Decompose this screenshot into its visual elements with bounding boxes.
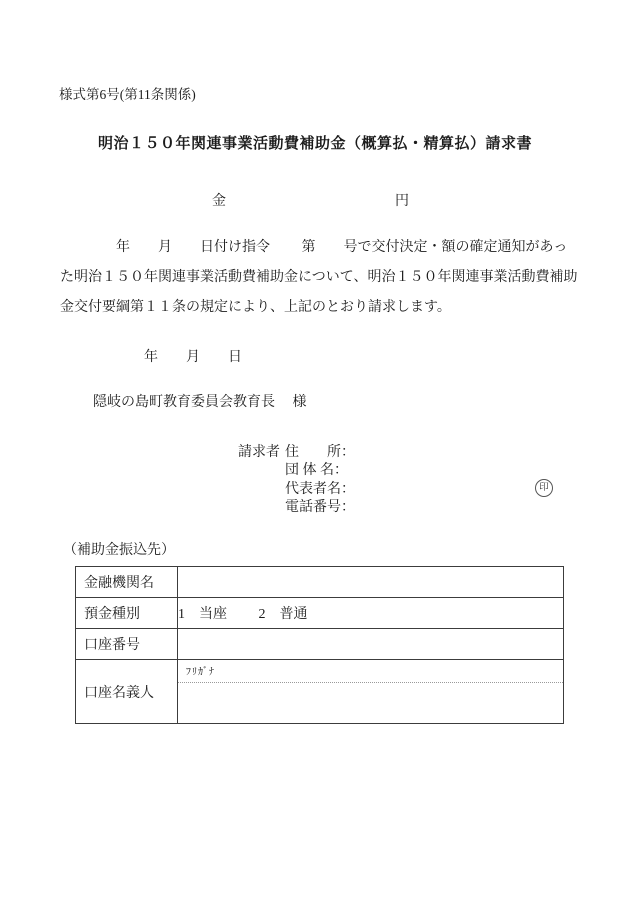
phone-field-label: 電話番号： xyxy=(285,499,355,517)
account-holder-space xyxy=(178,683,563,723)
organization-field-label: 団 体 名： xyxy=(285,462,348,480)
bank-name-label: 金融機関名 xyxy=(76,567,178,598)
addressee-line: 隠岐の島町教育委員会教育長 様 xyxy=(93,391,307,411)
account-type-label: 預金種別 xyxy=(76,598,178,629)
address-field-label: 住 所： xyxy=(285,444,355,462)
document-page: 様式第6号(第11条関係) 明治１５０年関連事業活動費補助金（概算払・精算払）請… xyxy=(0,0,630,915)
bank-transfer-table: 金融機関名 預金種別 1 当座 2 普通 口座番号 口座名義人 ﾌﾘｶﾞﾅ xyxy=(75,566,564,724)
account-holder-cell: ﾌﾘｶﾞﾅ xyxy=(178,660,564,724)
requester-label: 請求者 xyxy=(238,444,285,462)
bank-name-value xyxy=(178,567,564,598)
date-line: 年 月 日 xyxy=(60,346,242,366)
table-row-bank-name: 金融機関名 xyxy=(76,567,564,598)
account-number-value xyxy=(178,629,564,660)
body-line: た明治１５０年関連事業活動費補助金について、明治１５０年関連事業活動費補助 xyxy=(60,263,580,293)
seal-stamp-icon: 印 xyxy=(535,479,553,497)
body-line: 年 月 日付け指令 第 号で交付決定・額の確定通知があっ xyxy=(60,233,580,263)
amount-yen-label: 円 xyxy=(395,190,409,210)
bank-table-caption: （補助金振込先） xyxy=(63,539,175,559)
table-row-account-type: 預金種別 1 当座 2 普通 xyxy=(76,598,564,629)
furigana-label: ﾌﾘｶﾞﾅ xyxy=(178,660,563,683)
form-number: 様式第6号(第11条関係) xyxy=(59,83,196,103)
representative-field-label: 代表者名： xyxy=(285,481,355,499)
account-type-options: 1 当座 2 普通 xyxy=(178,598,564,629)
requester-block: 請求者 住 所： 団 体 名： 代表者名： 電話番号： xyxy=(238,444,355,518)
amount-kin-label: 金 xyxy=(212,190,226,210)
body-line: 金交付要綱第１１条の規定により、上記のとおり請求します。 xyxy=(60,293,580,323)
account-number-label: 口座番号 xyxy=(76,629,178,660)
account-holder-label: 口座名義人 xyxy=(76,660,178,724)
document-title: 明治１５０年関連事業活動費補助金（概算払・精算払）請求書 xyxy=(0,132,630,153)
table-row-account-holder: 口座名義人 ﾌﾘｶﾞﾅ xyxy=(76,660,564,724)
body-paragraph: 年 月 日付け指令 第 号で交付決定・額の確定通知があっ た明治１５０年関連事業… xyxy=(60,233,580,323)
table-row-account-number: 口座番号 xyxy=(76,629,564,660)
